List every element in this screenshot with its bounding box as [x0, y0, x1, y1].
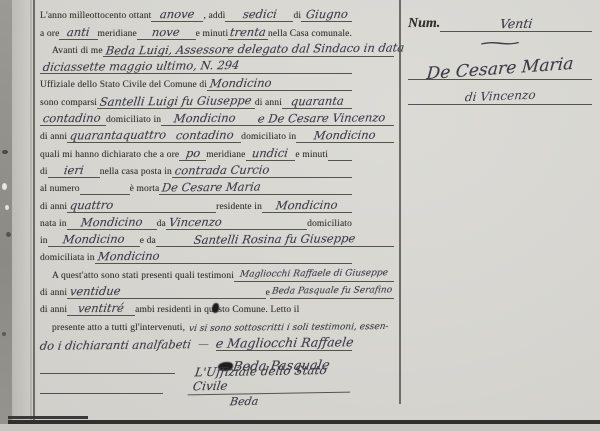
handwritten-field: e Magliocchi Raffaele	[216, 337, 352, 351]
handwritten-field: Giugno	[301, 8, 352, 22]
printed-text: , addì	[203, 10, 225, 22]
handwritten-field: quattro	[67, 199, 216, 213]
handwritten-entry: trenta	[229, 25, 266, 37]
handwritten-field: diciassette maggio ultimo, N. 294	[40, 60, 352, 74]
margin-column: Num. Venti ~ De Cesare Maria di Vincenzo	[408, 6, 592, 105]
printed-text: Avanti di me	[52, 45, 103, 57]
handwritten-entry: po	[185, 147, 201, 159]
scan-speck	[2, 183, 7, 190]
printed-text: sono comparsi	[40, 97, 97, 109]
act-line: Avanti di me Beda Luigi, Assessore deleg…	[40, 40, 352, 57]
act-line: do i dichiaranti analfabeti — e Magliocc…	[40, 334, 352, 351]
printed-text: a ore	[40, 28, 59, 40]
act-line: in Mondicino e da Santelli Rosina fu Giu…	[40, 230, 352, 247]
printed-text: Uffiziale dello Stato Civile del Comune …	[40, 79, 207, 91]
printed-text: di anni	[40, 304, 67, 316]
handwritten-entry: Magliocchi Raffaele di Giuseppe	[239, 267, 389, 281]
num-label: Num.	[408, 16, 440, 32]
printed-text: di anni	[40, 201, 67, 213]
handwritten-entry: ventitré	[77, 302, 125, 314]
act-line: sono comparsi Santelli Luigi fu Giuseppe…	[40, 91, 352, 108]
act-line: presente atto a tutti gl'intervenuti, vi…	[40, 316, 352, 333]
handwritten-field: trenta	[228, 26, 268, 40]
signature-line: Beda	[40, 394, 352, 409]
act-line: domiciliata in Mondicino	[40, 247, 352, 264]
handwritten-entry: Mondicino	[209, 77, 272, 90]
handwritten-entry: Mondicino	[275, 198, 338, 211]
printed-text: al numero	[40, 183, 80, 195]
act-line: quali mi hanno dichiarato che a ore po m…	[40, 143, 352, 160]
handwritten-entry: quaranta	[290, 95, 345, 108]
handwritten-entry: ieri	[63, 164, 84, 176]
deceased-patronymic: di Vincenzo	[464, 89, 536, 104]
printed-text: di	[293, 10, 301, 22]
handwritten-entry: Santelli Rosina fu Giuseppe	[193, 232, 356, 246]
printed-text: domiciliato in	[106, 114, 161, 126]
act-line: Uffiziale dello Stato Civile del Comune …	[40, 74, 352, 91]
handwritten-field: quarantaquattro	[67, 129, 169, 143]
printed-text: domiciliata in	[40, 252, 95, 264]
handwritten-entry: Beda Luigi, Assessore delegato dal Sinda…	[105, 41, 405, 56]
handwritten-entry: undici	[252, 146, 290, 158]
dash-mark: —	[191, 339, 217, 351]
handwritten-entry: sedici	[242, 8, 277, 20]
handwritten-entry: Vincenzo	[168, 216, 222, 229]
handwritten-field: po	[179, 147, 206, 161]
printed-text: in	[40, 235, 48, 247]
handwritten-field: contrada Curcio	[172, 164, 352, 178]
handwritten-field: Mondicino	[296, 129, 394, 143]
act-line: L'anno milleottocento ottant anove , add…	[40, 5, 352, 22]
act-line: A quest'atto sono stati presenti quali t…	[40, 264, 352, 281]
handwritten-entry: Mondicino	[62, 233, 125, 246]
handwritten-entry: contadino	[176, 129, 235, 142]
act-line: di anni quattro residente in Mondicino	[40, 195, 352, 212]
handwritten-field: anti	[59, 26, 97, 40]
scan-bottom-edge-thick	[8, 416, 88, 419]
act-line: diciassette maggio ultimo, N. 294	[40, 57, 352, 74]
handwritten-field: e De Cesare Vincenzo	[249, 112, 394, 126]
handwritten-entry: Giugno	[305, 8, 349, 20]
printed-text: residente in	[216, 201, 262, 213]
handwritten-entry: Mondicino	[80, 216, 143, 229]
printed-text: di anni	[40, 131, 67, 143]
handwritten-field: De Cesare Maria	[408, 60, 592, 80]
scan-speck	[5, 205, 9, 210]
handwritten-field: Santelli Rosina fu Giuseppe	[156, 233, 394, 247]
signature-line: L'Uffiziale dello Stato Civile	[40, 374, 352, 394]
handwritten-field: Beda Pasquale fu Serafino	[270, 285, 394, 299]
handwritten-field: De Cesare Maria	[159, 181, 352, 195]
printed-text: meridiane	[98, 28, 137, 40]
handwritten-entry: vi si sono sottoscritti i soli testimoni…	[188, 321, 389, 335]
handwritten-entry: contrada Curcio	[174, 163, 270, 176]
printed-text: meridiane	[206, 149, 245, 161]
handwritten-field: Mondicino	[67, 216, 157, 230]
official-signature: Beda	[229, 395, 259, 409]
handwritten-field: Mondicino	[95, 250, 352, 264]
scan-speck	[2, 150, 8, 154]
scan-below-page	[0, 424, 600, 431]
printed-text: domiciliato	[307, 218, 352, 230]
handwritten-field: ventidue	[67, 285, 265, 299]
act-line: di anni ventitré ambi residenti in quest…	[40, 299, 352, 316]
handwritten-entry: quattro	[69, 198, 114, 210]
printed-text: di	[40, 166, 48, 178]
handwritten-entry: anove	[159, 8, 195, 20]
handwritten-field: undici	[246, 147, 296, 161]
handwritten-field: Mondicino	[161, 112, 249, 126]
handwritten-entry: Mondicino	[314, 129, 377, 142]
printed-text: di anni	[40, 287, 67, 299]
printed-text: e da	[140, 235, 156, 247]
act-line: di anni quarantaquattro contadino domici…	[40, 126, 352, 143]
handwritten-field: di Vincenzo	[408, 90, 592, 105]
handwritten-field: Magliocchi Raffaele di Giuseppe	[234, 268, 394, 282]
handwritten-entry: Mondicino	[174, 112, 237, 125]
handwritten-entry: ventidue	[69, 285, 121, 298]
handwritten-field: Mondicino	[207, 77, 352, 91]
printed-text: nata in	[40, 218, 67, 230]
act-line: di anni ventidue e Beda Pasquale fu Sera…	[40, 282, 352, 299]
handwritten-field: Venti	[440, 18, 592, 32]
handwritten-field: ieri	[48, 164, 100, 178]
act-line: nata in Mondicino da Vincenzo domiciliat…	[40, 213, 352, 230]
scan-speck	[2, 332, 6, 336]
handwritten-entry: e De Cesare Vincenzo	[257, 111, 386, 124]
handwritten-field: contadino	[169, 129, 241, 143]
scanned-death-record: { "margin": { "num_label": "Num.", "num_…	[0, 0, 600, 431]
act-body: L'anno milleottocento ottant anove , add…	[40, 5, 352, 409]
handwritten-entry: contadino	[42, 112, 101, 125]
handwritten-entry: quarantaquattro	[69, 129, 167, 142]
handwritten-field: nove	[137, 26, 196, 40]
margin-patronymic-row: di Vincenzo	[408, 80, 592, 105]
act-line: contadino domiciliato in Mondicino e De …	[40, 109, 352, 126]
handwritten-field: ventitré	[67, 302, 135, 316]
handwritten-field: Vincenzo	[166, 216, 307, 230]
margin-flourish-row: ~	[408, 32, 592, 50]
handwritten-field: Beda Luigi, Assessore delegato dal Sinda…	[103, 43, 394, 57]
handwritten-field: Mondicino	[48, 233, 140, 247]
scan-left-edge	[0, 0, 12, 431]
deceased-name: De Cesare Maria	[426, 55, 574, 83]
left-margin-rule	[33, 0, 35, 420]
printed-text: L'anno milleottocento ottant	[40, 10, 151, 22]
handwritten-field: Mondicino	[262, 199, 352, 213]
printed-text: e minuti	[196, 28, 229, 40]
handwritten-field: contadino	[40, 112, 106, 126]
printed-text: nella Casa comunale.	[268, 28, 352, 40]
column-divider-rule	[399, 0, 401, 404]
printed-text: presente atto a tutti gl'intervenuti,	[52, 322, 185, 334]
act-line: al numero è morta De Cesare Maria	[40, 178, 352, 195]
handwritten-entry: anti	[66, 25, 90, 37]
handwritten-entry: nove	[152, 25, 181, 37]
printed-text: domiciliato in	[241, 131, 296, 143]
act-line: di ieri nella casa posta in contrada Cur…	[40, 161, 352, 178]
handwritten-entry: do i dichiaranti analfabeti	[39, 338, 192, 352]
act-line: a ore anti meridiane nove e minuti trent…	[40, 22, 352, 39]
handwritten-entry: diciassette maggio ultimo, N. 294	[42, 59, 240, 73]
handwritten-entry: Santelli Luigi fu Giuseppe	[99, 94, 252, 108]
handwritten-field: Santelli Luigi fu Giuseppe	[97, 95, 255, 109]
margin-name-row: De Cesare Maria	[408, 50, 592, 80]
printed-text: A quest'atto sono stati presenti quali t…	[52, 270, 234, 282]
printed-text: quali mi hanno dichiarato che a ore	[40, 149, 179, 161]
handwritten-field: sedici	[225, 8, 293, 22]
printed-text: da	[157, 218, 166, 230]
handwritten-field: anove	[151, 8, 203, 22]
act-number-entry: Venti	[499, 18, 533, 30]
official-title-signature: L'Uffiziale dello Stato Civile	[187, 363, 354, 396]
printed-text: nella casa posta in	[100, 166, 172, 178]
witness-signature: e Magliocchi Raffaele	[215, 336, 354, 349]
handwritten-entry: De Cesare Maria	[162, 181, 262, 194]
printed-text: di anni	[255, 97, 282, 109]
scan-speck	[6, 232, 11, 237]
margin-num-row: Num. Venti	[408, 6, 592, 32]
printed-text: e minuti	[295, 149, 328, 161]
handwritten-entry: Mondicino	[97, 250, 160, 263]
handwritten-entry: Beda Pasquale fu Serafino	[271, 284, 393, 297]
handwritten-field: quaranta	[282, 95, 352, 109]
printed-text: è morta	[130, 183, 160, 195]
